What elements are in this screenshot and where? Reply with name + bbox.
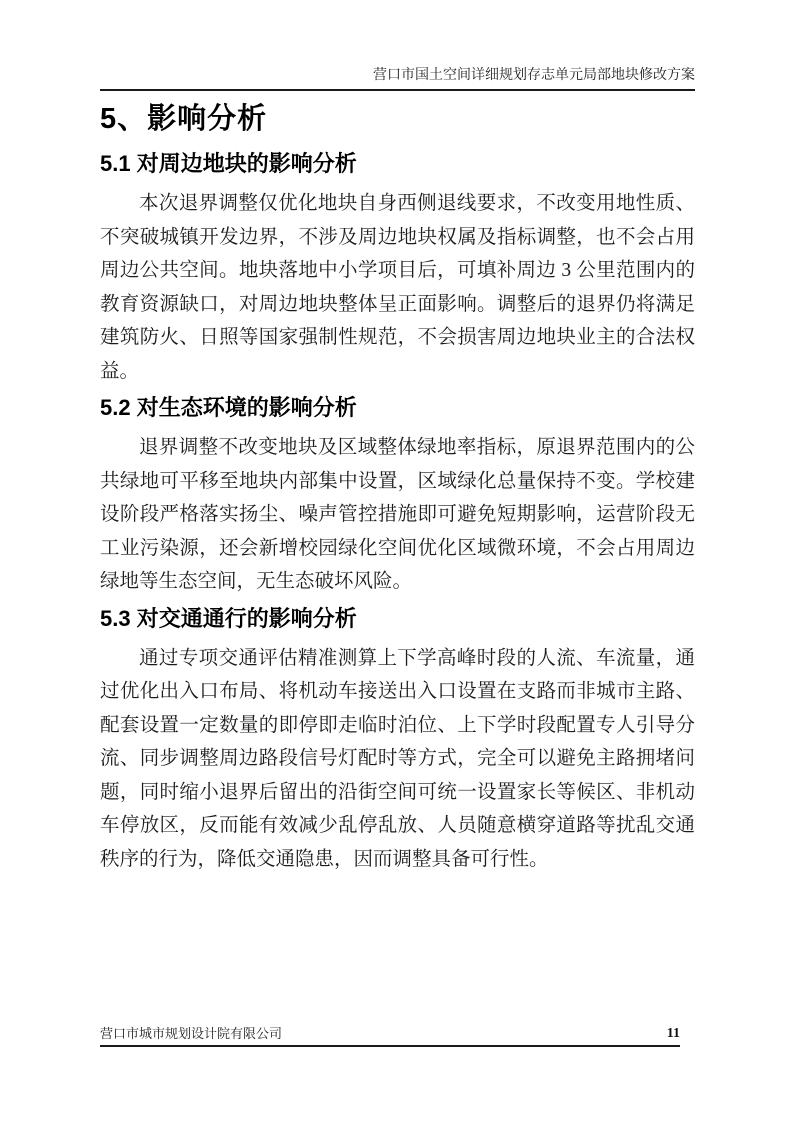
section-heading-5-3: 5.3 对交通通行的影响分析: [100, 605, 695, 632]
footer-company-name: 营口市城市规划设计院有限公司: [100, 1026, 282, 1042]
section-heading-5-2: 5.2 对生态环境的影响分析: [100, 394, 695, 421]
document-page: 营口市国土空间详细规划存志单元局部地块修改方案 5、影响分析 5.1 对周边地块…: [0, 0, 793, 1122]
page-content: 营口市国土空间详细规划存志单元局部地块修改方案 5、影响分析 5.1 对周边地块…: [100, 67, 695, 876]
page-header: 营口市国土空间详细规划存志单元局部地块修改方案: [100, 67, 695, 91]
footer-page-number: 11: [667, 1026, 680, 1042]
header-doc-title: 营口市国土空间详细规划存志单元局部地块修改方案: [373, 68, 695, 83]
section-paragraph-5-1: 本次退界调整仅优化地块自身西侧退线要求，不改变用地性质、不突破城镇开发边界，不涉…: [100, 187, 695, 388]
page-footer: 营口市城市规划设计院有限公司 11: [100, 1026, 680, 1047]
section-paragraph-5-3: 通过专项交通评估精准测算上下学高峰时段的人流、车流量，通过优化出入口布局、将机动…: [100, 642, 695, 877]
section-paragraph-5-2: 退界调整不改变地块及区域整体绿地率指标，原退界范围内的公共绿地可平移至地块内部集…: [100, 431, 695, 599]
section-heading-5-1: 5.1 对周边地块的影响分析: [100, 150, 695, 177]
chapter-heading: 5、影响分析: [100, 103, 695, 136]
